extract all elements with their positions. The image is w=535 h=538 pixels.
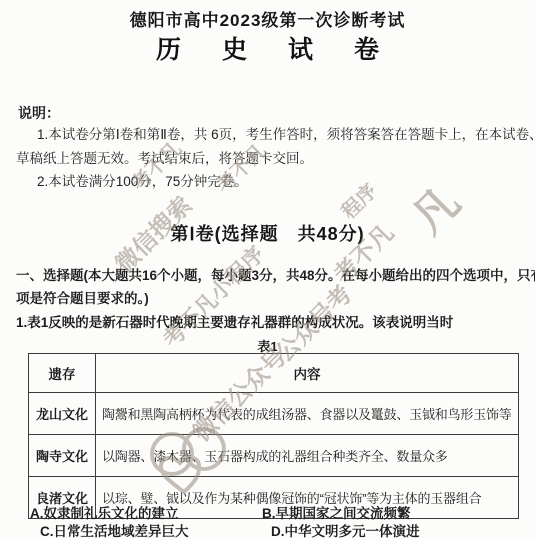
exam-title: 德阳市高中2023级第一次诊断考试 xyxy=(0,6,535,31)
section-1-heading: 第Ⅰ卷(选择题 共48分) xyxy=(0,220,535,246)
option-a: A.奴隶制礼乐文化的建立 xyxy=(30,506,179,521)
table-header-remains: 遗存 xyxy=(29,354,96,393)
table-cell-culture: 龙山文化 xyxy=(29,393,96,435)
option-b: B.早期国家之间交流频繁 xyxy=(262,506,411,521)
instruction-item-2: 2.本试卷满分100分，75分钟完卷。 xyxy=(37,174,248,190)
table-row: 龙山文化 陶鬶和黑陶高柄杯为代表的成组汤器、食器以及鼍鼓、玉钺和鸟形玉饰等 xyxy=(29,393,519,435)
exam-paper-page: 德阳市高中2023级第一次诊断考试 历 史 试 卷 说明： 1.本试卷分第Ⅰ卷和… xyxy=(0,0,535,538)
table-cell-description: 以陶器、漆木器、玉石器构成的礼器组合种类齐全、数量众多 xyxy=(96,435,519,477)
instruction-item-1-line-2: 草稿纸上答题无效。考试结束后，将答题卡交回。 xyxy=(16,151,313,167)
question-1-stem: 1.表1反映的是新石器时代晚期主要遗存礼器群的构成状况。该表说明当时 xyxy=(16,315,453,331)
subject-title: 历 史 试 卷 xyxy=(0,30,535,66)
table-header-row: 遗存 内容 xyxy=(29,354,519,393)
instructions-label: 说明： xyxy=(18,103,60,123)
mcq-intro-line-2: 项是符合题目要求的。) xyxy=(16,291,149,307)
option-c: C.日常生活地域差异巨大 xyxy=(40,524,189,538)
table-cell-culture: 陶寺文化 xyxy=(29,435,96,477)
table-header-content: 内容 xyxy=(96,354,519,393)
table-cell-description: 陶鬶和黑陶高柄杯为代表的成组汤器、食器以及鼍鼓、玉钺和鸟形玉饰等 xyxy=(96,393,519,435)
watermark-text: 程序 xyxy=(334,176,383,225)
option-d: D.中华文明多元一体演进 xyxy=(271,524,420,538)
question-1-table: 遗存 内容 龙山文化 陶鬶和黑陶高柄杯为代表的成组汤器、食器以及鼍鼓、玉钺和鸟形… xyxy=(28,353,519,519)
instruction-item-1-line-1: 1.本试卷分第Ⅰ卷和第Ⅱ卷，共 6页，考生作答时，须将答案答在答题卡上，在本试卷… xyxy=(37,127,535,143)
mcq-intro-line-1: 一、选择题(本大题共16个小题，每小题3分，共48分。在每小题给出的四个选项中，… xyxy=(16,268,535,284)
table-row: 陶寺文化 以陶器、漆木器、玉石器构成的礼器组合种类齐全、数量众多 xyxy=(29,435,519,477)
